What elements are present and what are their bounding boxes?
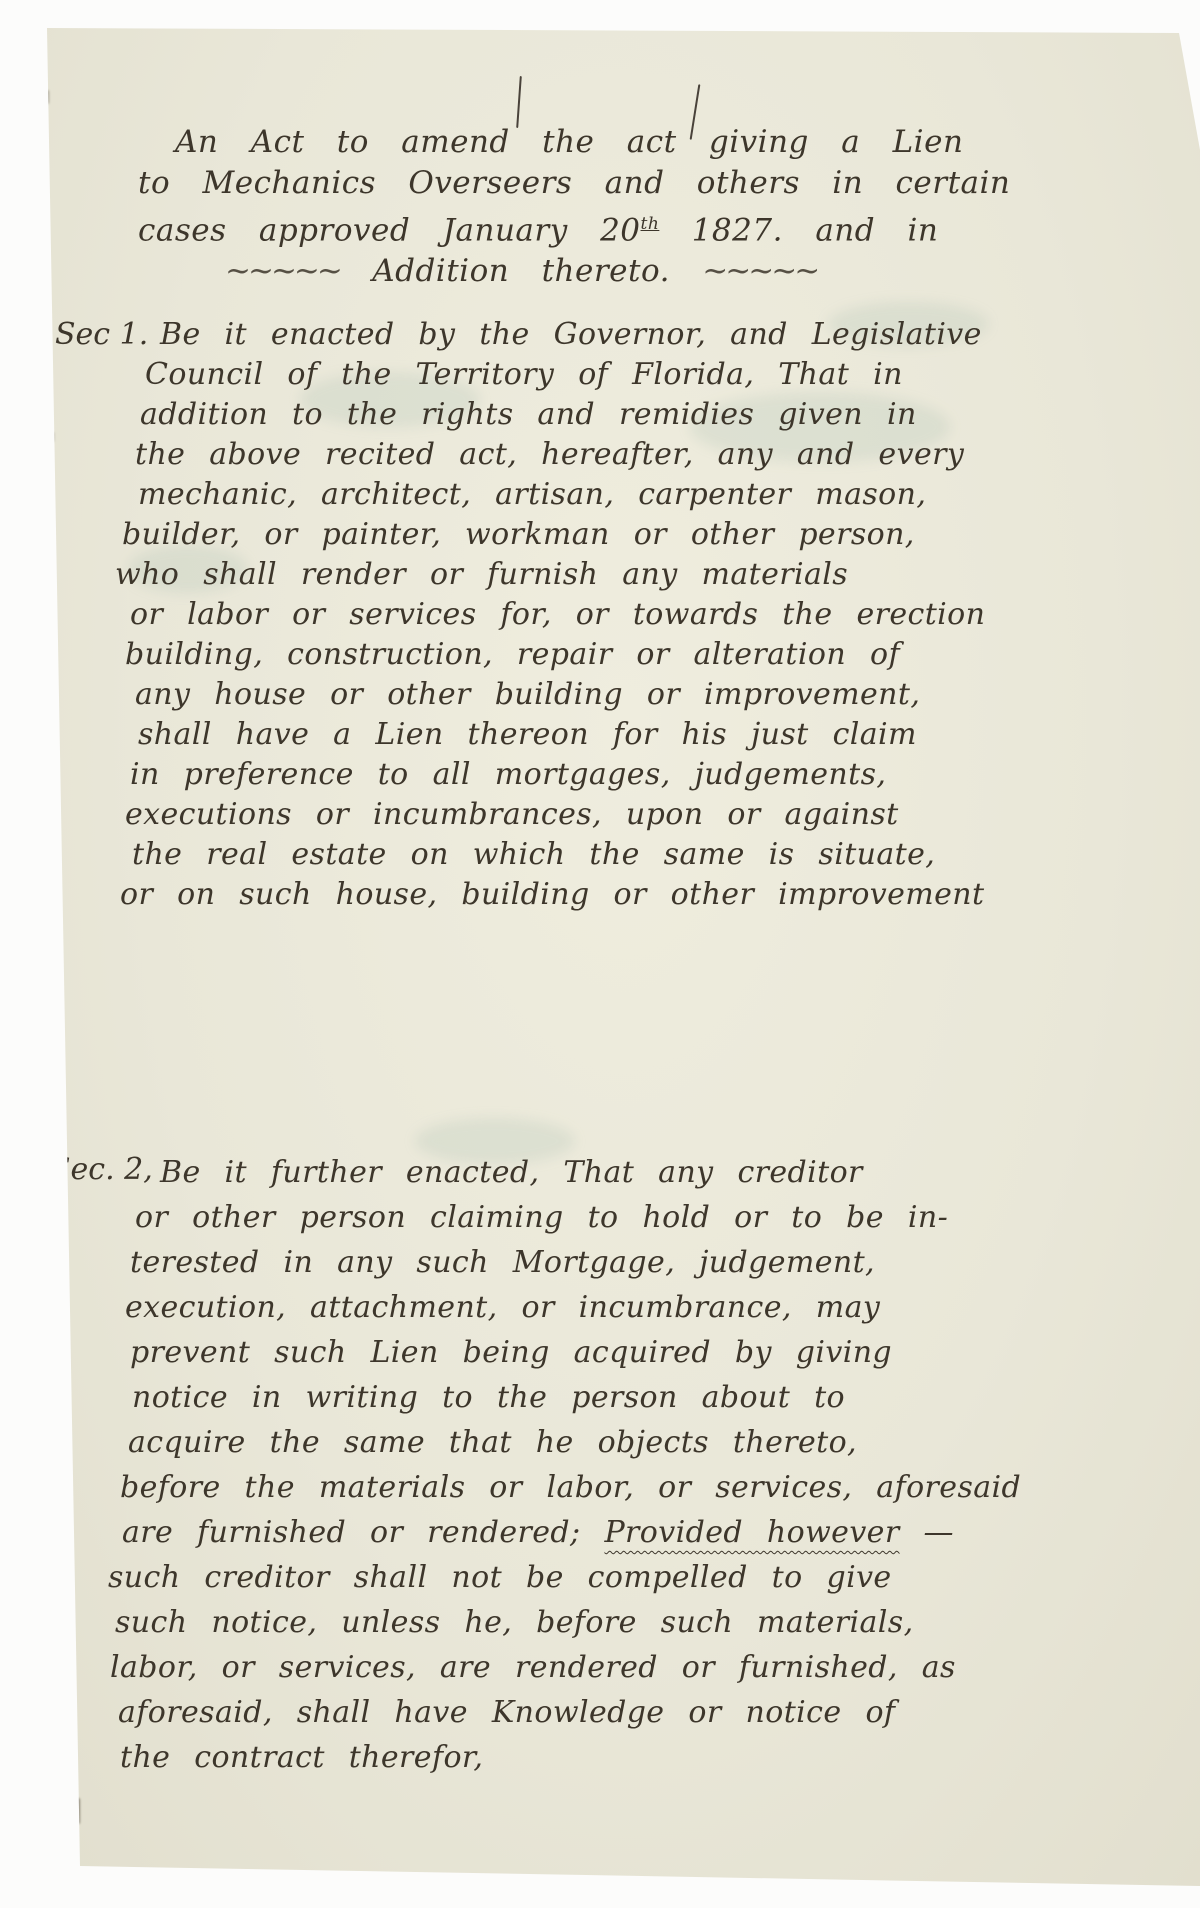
handwritten-text: the contract therefor,: [120, 1740, 483, 1775]
section-1: Sec 1. Be it enacted by the Governor, an…: [55, 315, 985, 915]
manuscript-line: Be it further enacted, That any creditor: [160, 1150, 1021, 1195]
pin-slit-mark: [516, 76, 522, 128]
manuscript-line: aforesaid, shall have Knowledge or notic…: [118, 1690, 1021, 1735]
flourish-squiggle: ~~~~~: [702, 253, 817, 289]
handwritten-text: Be it further enacted, That any creditor: [160, 1155, 863, 1190]
handwritten-text: acquire the same that he objects thereto…: [128, 1425, 857, 1460]
manuscript-line: acquire the same that he objects thereto…: [128, 1420, 1021, 1465]
manuscript-line: builder, or painter, workman or other pe…: [122, 515, 985, 555]
handwritten-text: or labor or services for, or towards the…: [130, 597, 985, 632]
handwritten-text: execution, attachment, or incumbrance, m…: [125, 1290, 880, 1325]
handwritten-text: or other person claiming to hold or to b…: [135, 1200, 948, 1235]
handwritten-text: are furnished or rendered;: [122, 1515, 604, 1550]
manuscript-line: or other person claiming to hold or to b…: [135, 1195, 1021, 1240]
handwritten-text: Provided however: [604, 1515, 899, 1550]
handwritten-text: terested in any such Mortgage, judgement…: [130, 1245, 875, 1280]
manuscript-line: cases approved January 20th 1827. and in: [138, 204, 1010, 251]
section-label: Sec 1.: [55, 317, 148, 352]
manuscript-line: execution, attachment, or incumbrance, m…: [125, 1285, 1021, 1330]
manuscript-line: building, construction, repair or altera…: [125, 635, 985, 675]
manuscript-line: or labor or services for, or towards the…: [130, 595, 985, 635]
handwritten-text: An Act to amend the act giving a Lien: [175, 124, 963, 160]
paper-edge-wear-mark: [51, 432, 54, 442]
manuscript-line: terested in any such Mortgage, judgement…: [130, 1240, 1021, 1285]
handwritten-text: —: [900, 1515, 954, 1550]
manuscript-line: the real estate on which the same is sit…: [132, 835, 985, 875]
manuscript-line: before the materials or labor, or servic…: [120, 1465, 1021, 1510]
handwritten-text: such notice, unless he, before such mate…: [115, 1605, 914, 1640]
handwritten-text: before the materials or labor, or servic…: [120, 1470, 1021, 1505]
manuscript-line: notice in writing to the person about to: [132, 1375, 1021, 1420]
handwritten-text: Council of the Territory of Florida, Tha…: [145, 357, 903, 392]
manuscript-line: or on such house, building or other impr…: [120, 875, 985, 915]
flourish-squiggle: ~~~~~: [225, 253, 340, 289]
paper-edge-wear-mark: [66, 1642, 70, 1654]
manuscript-line: the contract therefor,: [120, 1735, 1021, 1780]
handwritten-text: Addition thereto.: [340, 253, 702, 289]
section-body: Be it further enacted, That any creditor…: [120, 1150, 1021, 1780]
manuscript-line: mechanic, architect, artisan, carpenter …: [138, 475, 985, 515]
handwritten-text: the real estate on which the same is sit…: [132, 837, 935, 872]
manuscript-line: such notice, unless he, before such mate…: [115, 1600, 1021, 1645]
manuscript-line: labor, or services, are rendered or furn…: [110, 1645, 1021, 1690]
manuscript-line: prevent such Lien being acquired by givi…: [130, 1330, 1021, 1375]
manuscript-line: ~~~~~ Addition thereto. ~~~~~: [225, 251, 1010, 292]
handwritten-text: executions or incumbrances, upon or agai…: [125, 797, 899, 832]
paper-edge-wear-mark: [58, 1182, 61, 1194]
handwritten-text: building, construction, repair or altera…: [125, 637, 900, 672]
handwritten-text: in preference to all mortgages, judgemen…: [130, 757, 886, 792]
manuscript-line: Council of the Territory of Florida, Tha…: [145, 355, 985, 395]
handwritten-text: or on such house, building or other impr…: [120, 877, 984, 912]
handwritten-text: to Mechanics Overseers and others in cer…: [138, 165, 1010, 201]
handwritten-text: shall have a Lien thereon for his just c…: [138, 717, 917, 752]
handwritten-text: 1827. and in: [659, 212, 938, 248]
handwritten-text: labor, or services, are rendered or furn…: [110, 1650, 956, 1685]
manuscript-line: addition to the rights and remidies give…: [140, 395, 985, 435]
manuscript-page: An Act to amend the act giving a Liento …: [0, 0, 1200, 1908]
handwritten-text: any house or other building or improveme…: [135, 677, 920, 712]
handwritten-text: Be it enacted by the Governor, and Legis…: [160, 317, 982, 352]
section-body: Be it enacted by the Governor, and Legis…: [130, 315, 985, 915]
handwritten-text: addition to the rights and remidies give…: [140, 397, 917, 432]
manuscript-line: executions or incumbrances, upon or agai…: [125, 795, 985, 835]
manuscript-line: An Act to amend the act giving a Lien: [175, 122, 1010, 163]
paper-edge-wear-mark: [74, 1798, 80, 1824]
handwritten-text: such creditor shall not be compelled to …: [108, 1560, 892, 1595]
manuscript-line: are furnished or rendered; Provided howe…: [122, 1510, 1021, 1555]
manuscript-line: Be it enacted by the Governor, and Legis…: [160, 315, 985, 355]
handwritten-text: notice in writing to the person about to: [132, 1380, 845, 1415]
manuscript-line: who shall render or furnish any material…: [115, 555, 985, 595]
manuscript-line: the above recited act, hereafter, any an…: [135, 435, 985, 475]
manuscript-line: in preference to all mortgages, judgemen…: [130, 755, 985, 795]
manuscript-line: shall have a Lien thereon for his just c…: [138, 715, 985, 755]
section-label: Sec. 2,: [50, 1152, 153, 1187]
manuscript-line: any house or other building or improveme…: [135, 675, 985, 715]
handwritten-text: who shall render or furnish any material…: [115, 557, 848, 592]
act-heading: An Act to amend the act giving a Liento …: [130, 122, 1010, 292]
section-2: Sec. 2, Be it further enacted, That any …: [50, 1150, 1021, 1780]
handwritten-text: mechanic, architect, artisan, carpenter …: [138, 477, 926, 512]
scan-background: An Act to amend the act giving a Liento …: [0, 0, 1200, 1908]
manuscript-line: to Mechanics Overseers and others in cer…: [138, 163, 1010, 204]
handwritten-text: the above recited act, hereafter, any an…: [135, 437, 964, 472]
handwritten-text: th: [641, 214, 660, 234]
handwritten-text: builder, or painter, workman or other pe…: [122, 517, 915, 552]
handwritten-text: aforesaid, shall have Knowledge or notic…: [118, 1695, 895, 1730]
manuscript-line: such creditor shall not be compelled to …: [108, 1555, 1021, 1600]
paper-edge-wear-mark: [70, 1742, 75, 1760]
handwritten-text: prevent such Lien being acquired by givi…: [130, 1335, 892, 1370]
handwritten-text: cases approved January 20: [138, 212, 641, 248]
paper-edge-wear-mark: [45, 90, 49, 104]
